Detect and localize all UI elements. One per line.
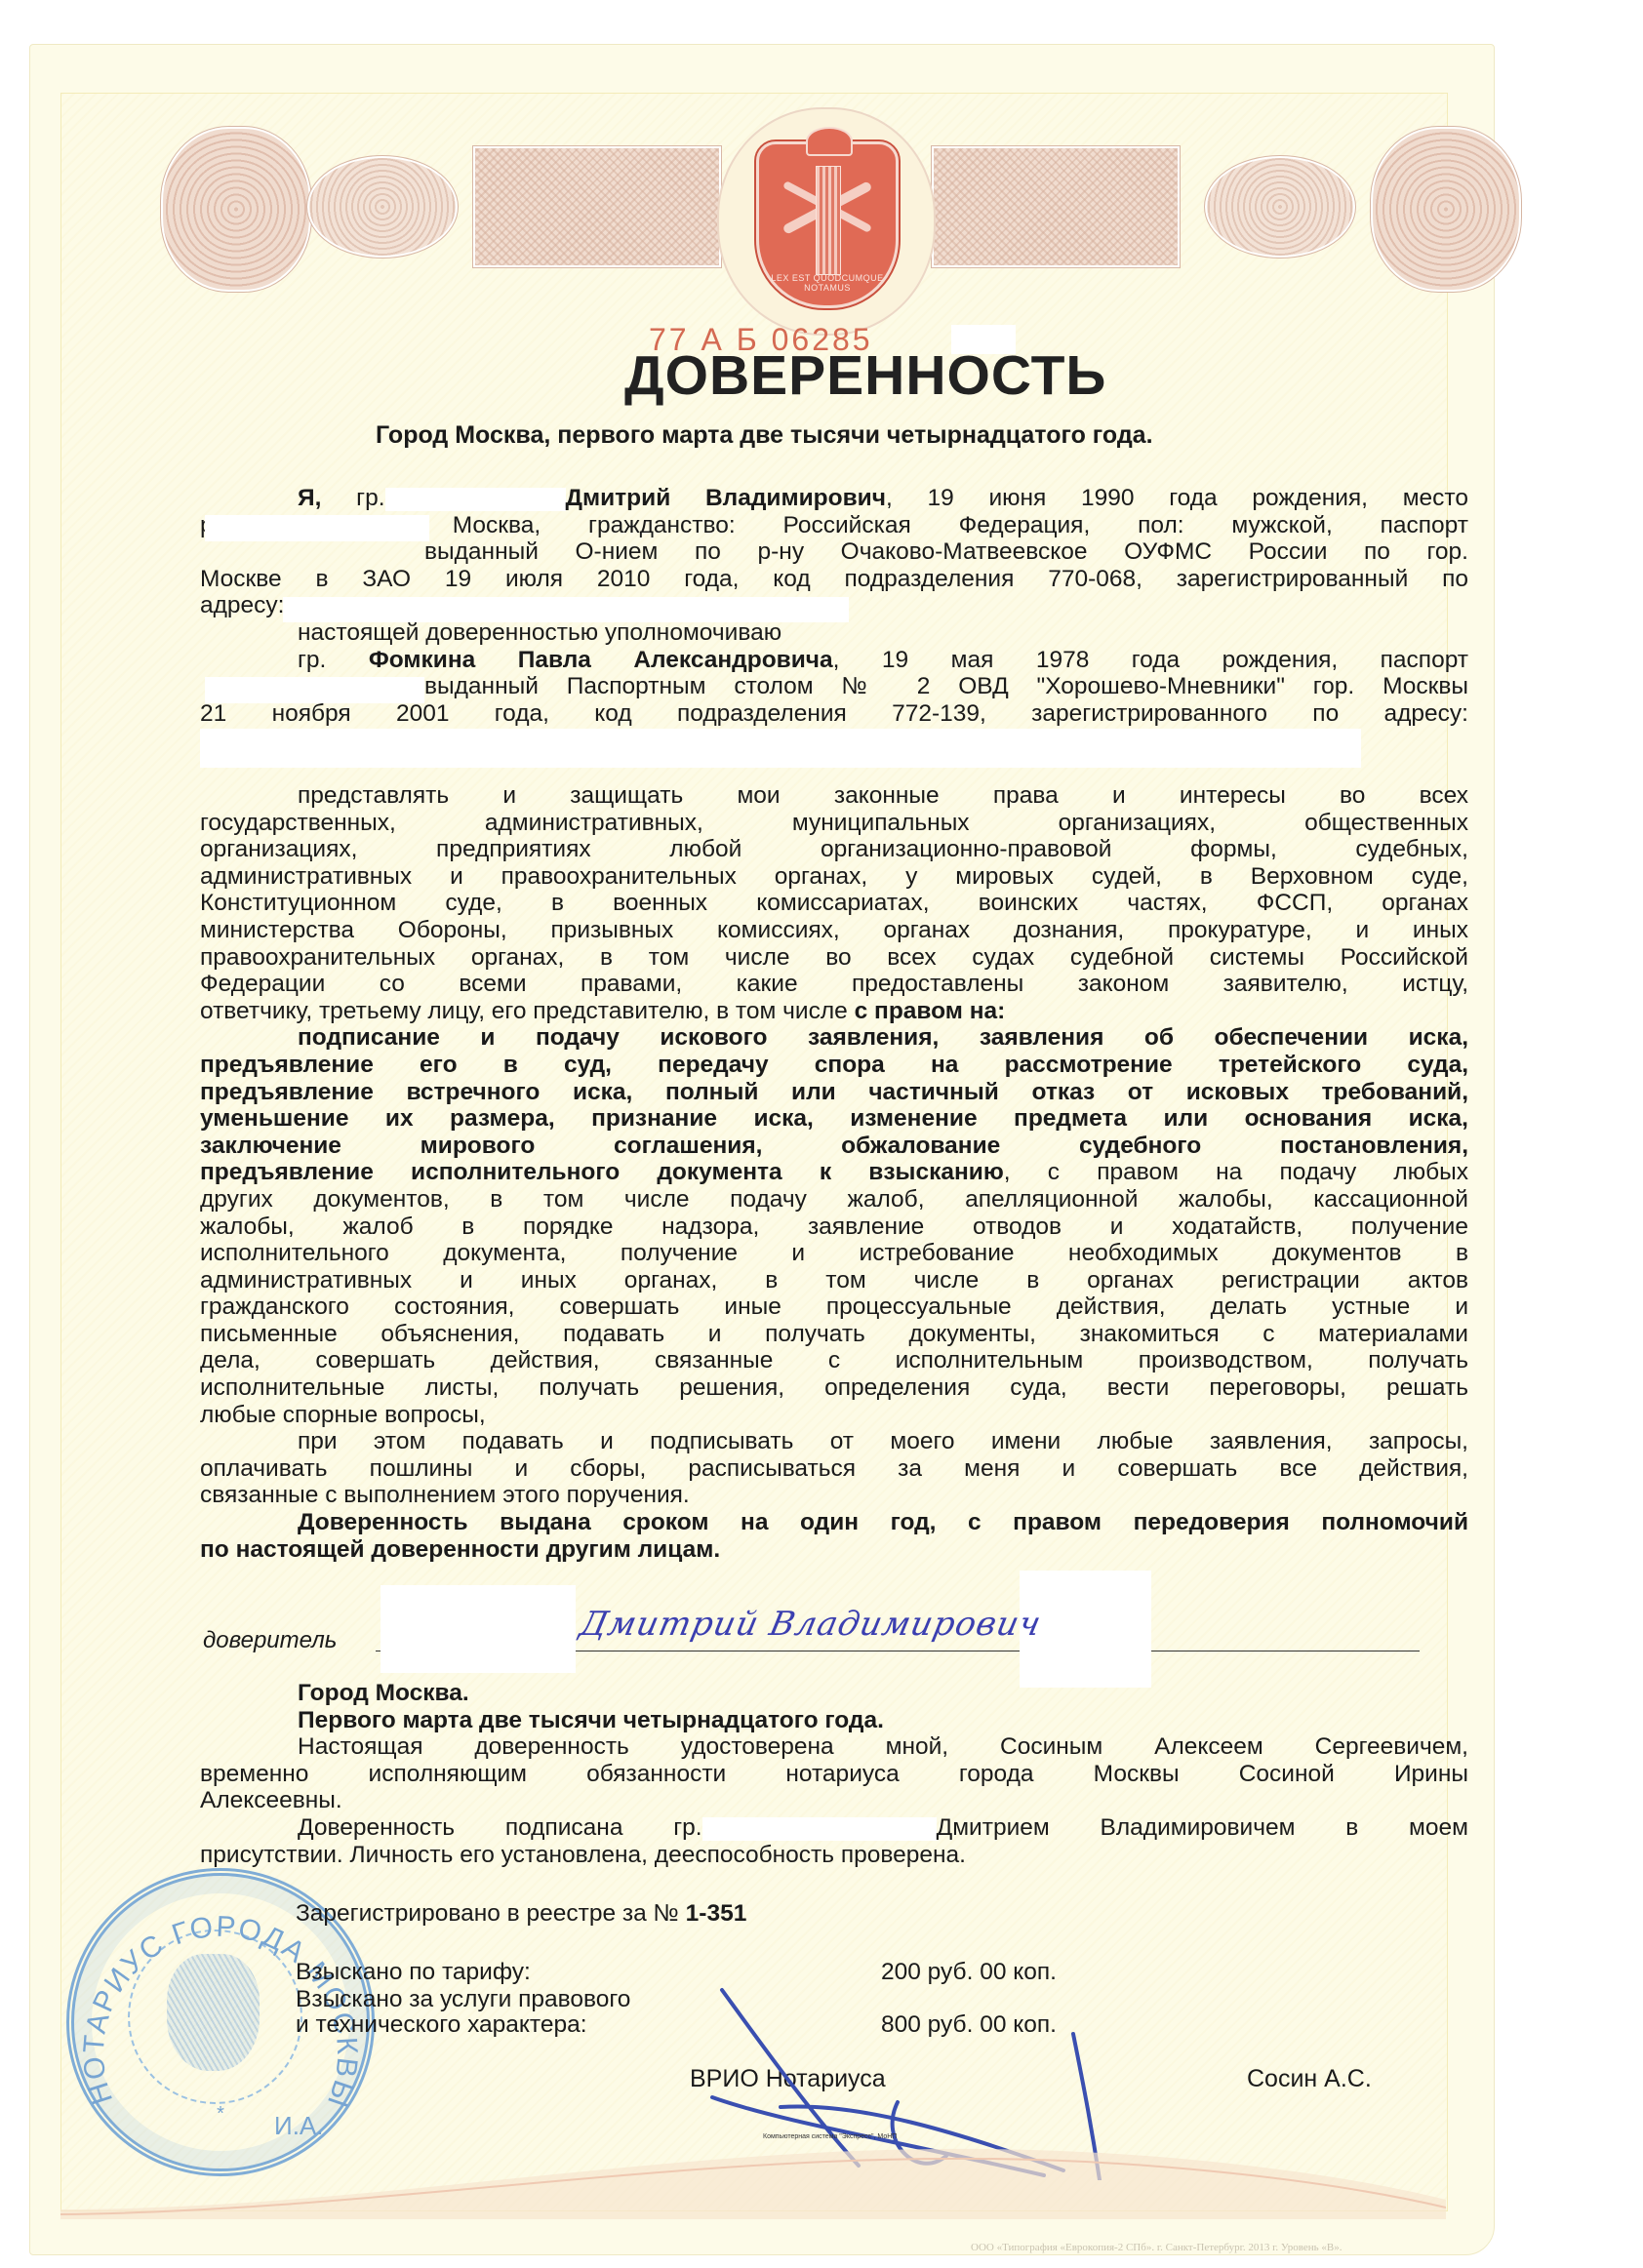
rights-text: , с правом на подачу любых — [1004, 1159, 1468, 1185]
rights-line: уменьшение их размера, признание иска, и… — [200, 1105, 1468, 1133]
cert-signed-line: Доверенность подписана гр.Дмитрием Влади… — [200, 1814, 1468, 1842]
printer-footnote: ООО «Типография «Еврокопия-2 СПб». г. Са… — [971, 2242, 1342, 2253]
rights-line: дела, совершать действия, связанные с ис… — [200, 1347, 1468, 1374]
signature-label: доверитель — [203, 1627, 337, 1654]
cert-line: Настоящая доверенность удостоверена мной… — [200, 1733, 1468, 1761]
fee-services-label-1: Взыскано за услуги правового — [296, 1986, 630, 2013]
agent-prefix: гр. — [298, 647, 326, 673]
principal-line-1: Я, гр.Дмитрий Владимирович, 19 июня 1990… — [200, 485, 1468, 512]
term-line: по настоящей доверенности другим лицам. — [200, 1536, 1468, 1564]
cert-city: Город Москва. — [200, 1680, 1468, 1707]
rights-text: заключение мирового соглашения, обжалова… — [200, 1133, 1468, 1159]
certification-block: Город Москва. Первого марта две тысячи ч… — [200, 1680, 1468, 1868]
rights-line: гражданского состояния, совершать иные п… — [200, 1293, 1468, 1321]
stamp-star-icon: * — [217, 2103, 224, 2125]
rights-line: подписание и подачу искового заявления, … — [200, 1024, 1468, 1052]
fee-services-label-2: и технического характера: — [296, 2011, 587, 2039]
term-text: Доверенность выдана сроком на один год, … — [298, 1509, 1468, 1535]
registry-number: 1-351 — [686, 1900, 747, 1927]
guilloche-lens-right — [1205, 156, 1355, 258]
fee-tariff-amount: 200 руб. 00 коп. — [881, 1959, 1057, 1986]
powers-line: представлять и защищать мои законные пра… — [200, 782, 1468, 810]
powers-line: министерства Обороны, призывных комиссия… — [200, 917, 1468, 944]
principal-line-3: выданный О-нием по р-ну Очаково-Матвеевс… — [200, 538, 1468, 566]
principal-line-4: Москве в ЗАО 19 июля 2010 года, код подр… — [200, 566, 1468, 593]
rights-line: письменные объяснения, подавать и получа… — [200, 1321, 1468, 1348]
notary-name: Сосин А.С. — [1247, 2065, 1372, 2093]
fee-tariff-label: Взыскано по тарифу: — [296, 1959, 531, 1986]
redaction-block — [381, 1585, 576, 1673]
powers-block: представлять и защищать мои законные пра… — [200, 782, 1468, 1563]
redaction-block — [200, 729, 1361, 768]
rights-line: других документов, в том числе подачу жа… — [200, 1186, 1468, 1214]
redaction-block — [205, 515, 429, 541]
security-ornament: LEX EST QUODCUMQUE NOTAMUS — [122, 117, 1507, 293]
additional-line: оплачивать пошлины и сборы, расписыватьс… — [200, 1455, 1468, 1483]
term-text: по настоящей доверенности другим лицам. — [200, 1536, 720, 1563]
redaction-block — [205, 677, 424, 703]
rights-text: предъявление встречного иска, полный или… — [200, 1079, 1468, 1105]
additional-line: связанные с выполнением этого поручения. — [200, 1482, 1468, 1509]
cert-city-text: Город Москва. — [298, 1680, 469, 1706]
rights-line: административных и иных органах, в том ч… — [200, 1267, 1468, 1294]
powers-line: административных и правоохранительных ор… — [200, 863, 1468, 891]
redaction-block — [385, 488, 566, 511]
guilloche-panel-right — [932, 146, 1180, 267]
column-icon — [816, 166, 841, 275]
rights-line: жалобы, жалоб в порядке надзора, заявлен… — [200, 1214, 1468, 1241]
rights-text: предъявление его в суд, передачу спора н… — [200, 1052, 1468, 1078]
additional-line: при этом подавать и подписывать от моего… — [200, 1428, 1468, 1455]
rights-line: предъявление исполнительного документа к… — [200, 1159, 1468, 1186]
agent-birth: , 19 мая 1978 года рождения, паспорт — [833, 647, 1468, 673]
cert-line: временно исполняющим обязанности нотариу… — [200, 1761, 1468, 1788]
rights-text: предъявление исполнительного документа к… — [200, 1159, 1004, 1185]
principal-intro: Я, — [298, 485, 321, 511]
registry-label: Зарегистрировано в реестре за № — [296, 1900, 679, 1927]
powers-text: ответчику, третьему лицу, его представит… — [200, 998, 855, 1024]
guilloche-lens-left — [307, 156, 458, 258]
powers-line: Конституционном суде, в военных комиссар… — [200, 890, 1468, 917]
powers-line: ответчику, третьему лицу, его представит… — [200, 998, 1468, 1025]
cert-signed-line-2: присутствии. Личность его установлена, д… — [200, 1842, 1468, 1869]
city-date-line: Город Москва, первого марта две тысячи ч… — [376, 421, 1351, 450]
principal-name: Дмитрий Владимирович — [566, 485, 886, 511]
guilloche-rosette-left — [161, 127, 311, 292]
powers-line: организациях, предприятиях любой организ… — [200, 836, 1468, 863]
rights-line: предъявление его в суд, передачу спора н… — [200, 1052, 1468, 1079]
powers-line: государственных, административных, муниц… — [200, 810, 1468, 837]
rights-line: исполнительного документа, получение и и… — [200, 1240, 1468, 1267]
authorization-block: настоящей доверенностью уполномочиваю гр… — [200, 619, 1468, 727]
cert-signed-name: Дмитрием Владимировичем в моем — [937, 1814, 1468, 1841]
guilloche-panel-left — [473, 146, 721, 267]
authorization-line: настоящей доверенностью уполномочиваю — [200, 619, 1468, 647]
principal-prefix: гр. — [356, 485, 384, 511]
cert-date: Первого марта две тысячи четырнадцатого … — [200, 1707, 1468, 1734]
rights-line: заключение мирового соглашения, обжалова… — [200, 1133, 1468, 1160]
redaction-block — [702, 1817, 937, 1841]
stamp-initials: И.А. — [274, 2111, 323, 2140]
cert-line: Алексеевны. — [200, 1787, 1468, 1814]
powers-line: Федерации со всеми правами, какие предос… — [200, 971, 1468, 998]
rights-text: уменьшение их размера, признание иска, и… — [200, 1105, 1468, 1132]
bottom-guilloche-wave — [60, 2141, 1446, 2219]
rights-line: исполнительные листы, получать решения, … — [200, 1374, 1468, 1402]
cert-date-text: Первого марта две тысячи четырнадцатого … — [298, 1707, 884, 1733]
notary-chamber-emblem-icon: LEX EST QUODCUMQUE NOTAMUS — [756, 141, 899, 308]
rights-line: предъявление встречного иска, полный или… — [200, 1079, 1468, 1106]
powers-right-label: с правом на: — [855, 998, 1006, 1024]
handwritten-signature: Дмитрий Владимирович — [577, 1605, 1045, 1644]
rights-line: любые спорные вопросы, — [200, 1402, 1468, 1429]
agent-line-3: 21 ноября 2001 года, код подразделения 7… — [200, 700, 1468, 728]
agent-name: Фомкина Павла Александровича — [369, 647, 833, 673]
document-title: ДОВЕРЕННОСТЬ — [624, 343, 1106, 408]
principal-birth: , 19 июня 1990 года рождения, место — [886, 485, 1468, 511]
powers-line: правоохранительных органах, в том числе … — [200, 944, 1468, 972]
rights-text: подписание и подачу искового заявления, … — [298, 1024, 1468, 1051]
registry-line: Зарегистрировано в реестре за № 1-351 — [296, 1900, 746, 1928]
emblem-motto: LEX EST QUODCUMQUE NOTAMUS — [767, 273, 888, 293]
guilloche-rosette-right — [1371, 127, 1521, 292]
cert-signed-prefix: Доверенность подписана гр. — [298, 1814, 702, 1841]
agent-line-1: гр. Фомкина Павла Александровича, 19 мая… — [200, 647, 1468, 674]
system-footnote: Компьютерная система "Экспресс", МоНП — [763, 2133, 897, 2140]
term-line: Доверенность выдана сроком на один год, … — [200, 1509, 1468, 1536]
crown-icon — [806, 127, 853, 156]
